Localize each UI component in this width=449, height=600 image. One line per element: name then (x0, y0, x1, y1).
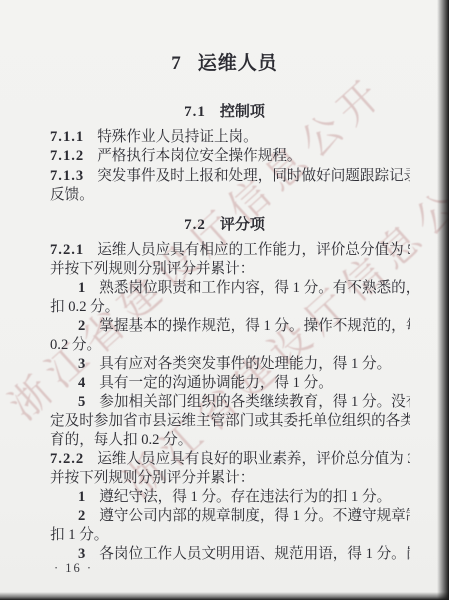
clause-text: 熟悉岗位职责和工作内容，得 1 分。有不熟悉的，每人 (99, 280, 410, 296)
clause-number: 7.1.1 (50, 129, 84, 145)
sub-item-number: 2 (78, 318, 86, 334)
clause-number: 7.2.1 (50, 242, 84, 258)
clause-block-7-1: 7.1.1特殊作业人员持证上岗。 7.1.2严格执行本岗位安全操作规程。 7.1… (50, 128, 410, 206)
clause-text: 育的，每人扣 0.2 分。 (50, 432, 192, 448)
section-heading-text: 控制项 (220, 104, 265, 120)
clause-line: 7.2.2运维人员应具有良好的职业素养，评价总分值为 3 分， (50, 450, 410, 469)
section-heading-text: 评分项 (220, 217, 265, 233)
clause-line: 定及时参加省市县运维主管部门或其委托单位组织的各类继续教 (50, 412, 410, 431)
clause-text: 并按下列规则分别评分并累计： (50, 470, 254, 486)
clause-line: 7.2.1运维人员应具有相应的工作能力，评价总分值为 5 分， (50, 241, 410, 260)
chapter-title-text: 运维人员 (198, 53, 278, 74)
clause-text: 0.2 分。 (50, 337, 101, 353)
sub-item-line: 3各岗位工作人员文明用语、规范用语，得 1 分。岗位人 (50, 545, 410, 564)
sub-item-number: 2 (78, 508, 86, 524)
clause-text: 具有应对各类突发事件的处理能力，得 1 分。 (99, 356, 391, 372)
clause-line: 0.2 分。 (50, 336, 410, 355)
clause-text: 严格执行本岗位安全操作规程。 (97, 148, 301, 164)
clause-text: 突发事件及时上报和处理，同时做好问题跟踪记录与 (97, 168, 410, 184)
clause-line: 反馈。 (50, 186, 410, 205)
section-number: 7.2 (184, 217, 206, 233)
sub-item-number: 4 (78, 375, 86, 391)
chapter-number: 7 (171, 53, 182, 74)
section-heading-scoring-items: 7.2评分项 (0, 213, 449, 234)
clause-number: 7.1.3 (50, 168, 84, 184)
sub-item-line: 2掌握基本的操作规范，得 1 分。操作不规范的，每人扣 (50, 317, 410, 336)
sub-item-number: 3 (78, 356, 86, 372)
sub-item-number: 3 (78, 546, 86, 562)
clause-text: 运维人员应具有良好的职业素养，评价总分值为 3 分， (97, 451, 410, 467)
sub-item-number: 1 (78, 280, 86, 296)
sub-item-line: 5参加相关部门组织的各类继续教育，得 1 分。没有按规 (50, 393, 410, 412)
scan-edge-right (437, 0, 449, 600)
sub-item-line: 1熟悉岗位职责和工作内容，得 1 分。有不熟悉的，每人 (50, 279, 410, 298)
clause-text: 扣 1 分。 (50, 527, 108, 543)
sub-item-line: 4具有一定的沟通协调能力，得 1 分。 (50, 374, 410, 393)
clause-line: 并按下列规则分别评分并累计： (50, 469, 410, 488)
clause-line: 扣 1 分。 (50, 526, 410, 545)
chapter-title: 7运维人员 (0, 48, 449, 75)
clause-line: 育的，每人扣 0.2 分。 (50, 431, 410, 450)
document-page: 浙江省建设厅信息公开 浙江省建设厅信息公开 7运维人员 7.1控制项 7.1.1… (0, 0, 449, 600)
clause-text: 遵纪守法，得 1 分。存在违法行为的扣 1 分。 (99, 489, 391, 505)
clause-text: 运维人员应具有相应的工作能力，评价总分值为 5 分， (97, 242, 410, 258)
clause-text: 各岗位工作人员文明用语、规范用语，得 1 分。岗位人 (99, 546, 410, 562)
clause-text: 反馈。 (50, 187, 94, 203)
clause-line: 7.1.3突发事件及时上报和处理，同时做好问题跟踪记录与 (50, 167, 410, 186)
clause-number: 7.1.2 (50, 148, 84, 164)
clause-text: 遵守公司内部的规章制度，得 1 分。不遵守规章制度的 (99, 508, 410, 524)
clause-text: 扣 0.2 分。 (50, 299, 119, 315)
clause-text: 并按下列规则分别评分并累计： (50, 261, 254, 277)
clause-line: 7.1.2严格执行本岗位安全操作规程。 (50, 147, 410, 166)
sub-item-line: 2遵守公司内部的规章制度，得 1 分。不遵守规章制度的 (50, 507, 410, 526)
clause-text: 参加相关部门组织的各类继续教育，得 1 分。没有按规 (99, 394, 410, 410)
page-number: · 16 · (54, 561, 93, 576)
clause-text: 特殊作业人员持证上岗。 (97, 129, 258, 145)
sub-item-line: 1遵纪守法，得 1 分。存在违法行为的扣 1 分。 (50, 488, 410, 507)
section-number: 7.1 (184, 104, 206, 120)
clause-text: 具有一定的沟通协调能力，得 1 分。 (99, 375, 333, 391)
clause-line: 7.1.1特殊作业人员持证上岗。 (50, 128, 410, 147)
sub-item-number: 1 (78, 489, 86, 505)
clause-line: 并按下列规则分别评分并累计： (50, 260, 410, 279)
clause-block-7-2: 7.2.1运维人员应具有相应的工作能力，评价总分值为 5 分， 并按下列规则分别… (50, 241, 410, 564)
clause-text: 定及时参加省市县运维主管部门或其委托单位组织的各类继续教 (50, 413, 410, 429)
section-heading-control-items: 7.1控制项 (0, 100, 449, 121)
clause-line: 扣 0.2 分。 (50, 298, 410, 317)
clause-number: 7.2.2 (50, 451, 84, 467)
sub-item-number: 5 (78, 394, 86, 410)
scan-edge-bottom (0, 592, 449, 600)
sub-item-line: 3具有应对各类突发事件的处理能力，得 1 分。 (50, 355, 410, 374)
clause-text: 掌握基本的操作规范，得 1 分。操作不规范的，每人扣 (99, 318, 410, 334)
